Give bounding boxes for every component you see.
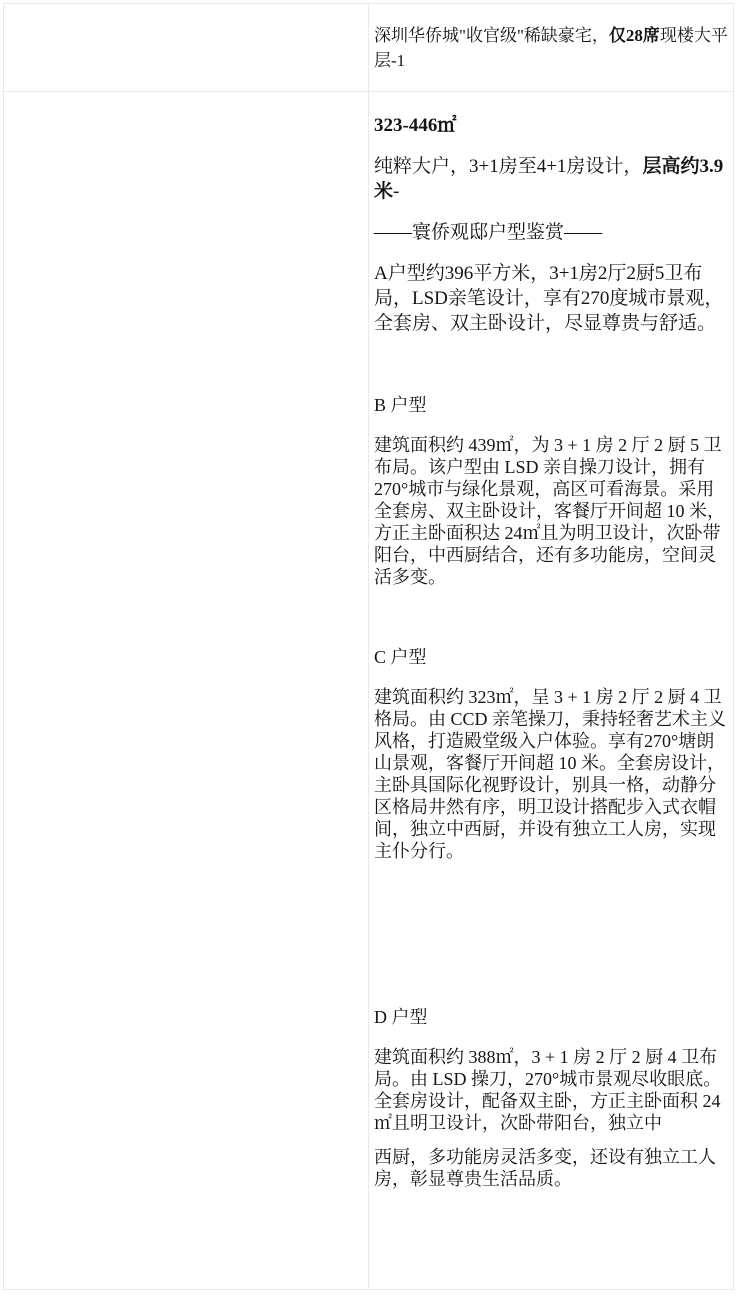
type-b-paragraph: 建筑面积约 439㎡，为 3 + 1 房 2 厅 2 厨 5 卫布局。该户型由 … xyxy=(374,434,727,588)
type-c-heading: C 户型 xyxy=(374,646,727,668)
section-divider: ——寰侨观邸户型鉴赏—— xyxy=(374,220,727,245)
text-segment: C 户型 xyxy=(374,647,427,667)
type-a-paragraph: A户型约396平方米，3+1房2厅2厨5卫布局，LSD亲笔设计，享有270度城市… xyxy=(374,261,727,336)
design-summary: 纯粹大户，3+1房至4+1房设计，层高约3.9米- xyxy=(374,154,727,204)
text-segment: - xyxy=(393,181,399,202)
bold-text-segment: 323-446㎡ xyxy=(374,115,456,136)
bold-text-segment: 仅28席 xyxy=(609,26,660,45)
article-title: 深圳华侨城"收官级"稀缺豪宅，仅28席现楼大平层-1 xyxy=(374,23,731,73)
type-c-paragraph: 建筑面积约 323㎡，呈 3 + 1 房 2 厅 2 厨 4 卫格局。由 CCD… xyxy=(374,686,727,862)
text-segment: A户型约396平方米，3+1房2厅2厨5卫布局，LSD亲笔设计，享有270度城市… xyxy=(374,263,723,334)
type-d-paragraph-2: 西厨，多功能房灵活多变，还设有独立工人房，彰显尊贵生活品质。 xyxy=(374,1146,727,1190)
text-segment: 纯粹大户，3+1房至4+1房设计， xyxy=(374,156,642,177)
image-gap-spacer xyxy=(374,862,727,948)
text-segment: B 户型 xyxy=(374,395,427,415)
text-segment: 建筑面积约 323㎡，呈 3 + 1 房 2 厅 2 厨 4 卫格局。由 CCD… xyxy=(374,687,726,861)
text-segment: 建筑面积约 439㎡，为 3 + 1 房 2 厅 2 厨 5 卫布局。该户型由 … xyxy=(374,435,725,587)
content-blocks: 323-446㎡纯粹大户，3+1房至4+1房设计，层高约3.9米-——寰侨观邸户… xyxy=(374,113,727,1190)
title-cell: 深圳华侨城"收官级"稀缺豪宅，仅28席现楼大平层-1 xyxy=(369,4,733,92)
text-segment: 西厨，多功能房灵活多变，还设有独立工人房，彰显尊贵生活品质。 xyxy=(374,1147,716,1189)
type-b-heading: B 户型 xyxy=(374,394,727,416)
text-segment: ——寰侨观邸户型鉴赏—— xyxy=(374,222,602,243)
area-range: 323-446㎡ xyxy=(374,113,727,138)
type-d-paragraph-1: 建筑面积约 388㎡，3 + 1 房 2 厅 2 厨 4 卫布局。由 LSD 操… xyxy=(374,1046,727,1134)
text-segment: 建筑面积约 388㎡，3 + 1 房 2 厅 2 厨 4 卫布局。由 LSD 操… xyxy=(374,1047,721,1133)
text-segment: D 户型 xyxy=(374,1007,428,1027)
content-cell: 323-446㎡纯粹大户，3+1房至4+1房设计，层高约3.9米-——寰侨观邸户… xyxy=(369,92,733,1289)
left-image-cell-body xyxy=(4,92,369,1289)
type-d-heading: D 户型 xyxy=(374,1006,727,1028)
text-segment: 深圳华侨城"收官级"稀缺豪宅， xyxy=(374,26,609,45)
article-table: 深圳华侨城"收官级"稀缺豪宅，仅28席现楼大平层-1 323-446㎡纯粹大户，… xyxy=(3,3,734,1290)
left-image-cell-top xyxy=(4,4,369,92)
